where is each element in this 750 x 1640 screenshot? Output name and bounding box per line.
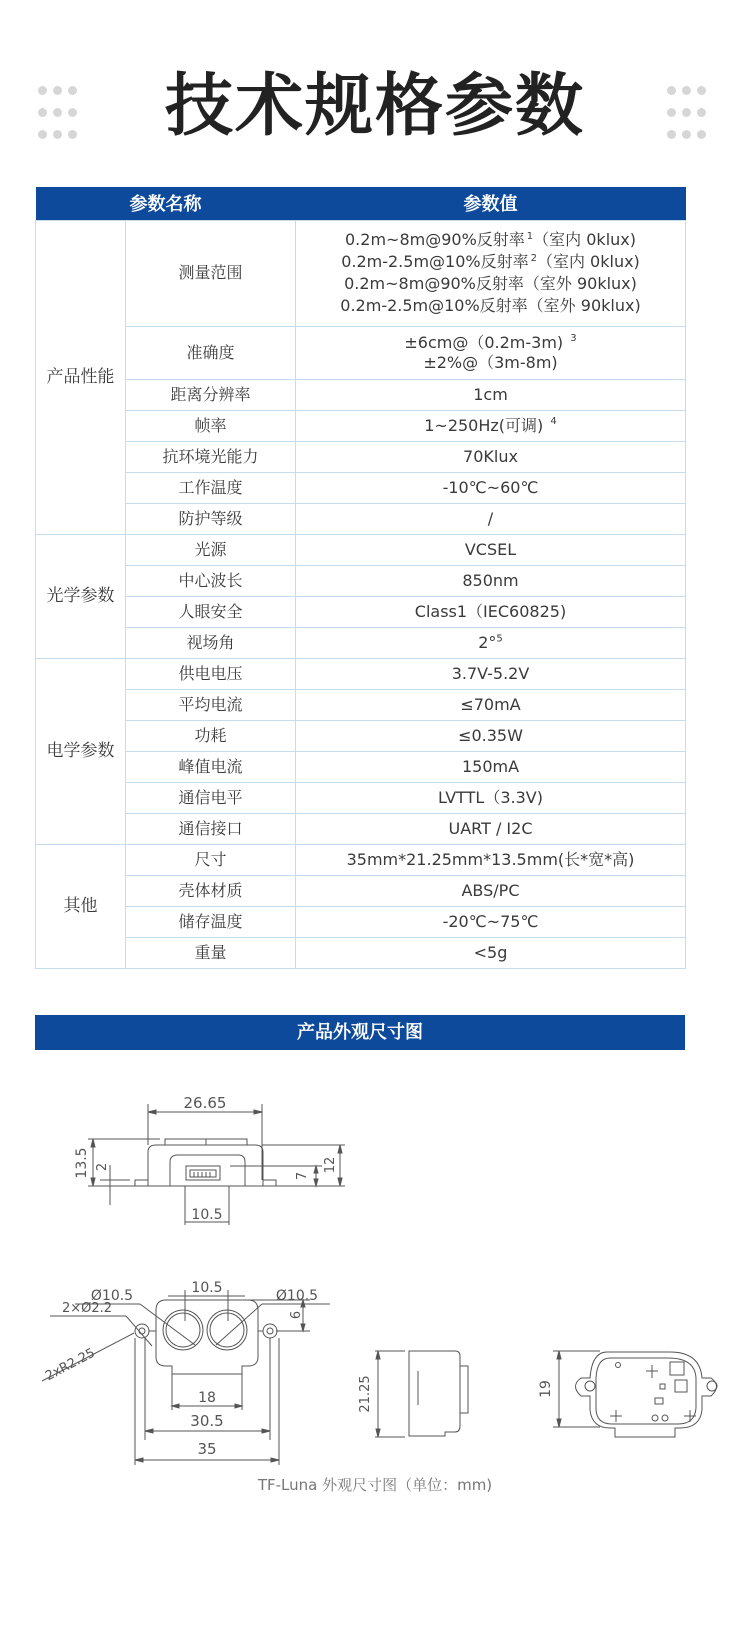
front-view-drawing: 26.65 13.5 2 7 12 10.5	[74, 1094, 345, 1225]
category-cell: 光学参数	[36, 534, 126, 658]
svg-text:26.65: 26.65	[184, 1094, 227, 1112]
param-name: 供电电压	[126, 658, 296, 689]
param-name: 尺寸	[126, 844, 296, 875]
param-value: 0.2m~8m@90%反射率1（室内 0klux) 0.2m-2.5m@10%反…	[296, 220, 686, 326]
param-value: ≤70mA	[296, 689, 686, 720]
svg-text:19: 19	[538, 1380, 554, 1398]
drawing-caption: TF-Luna 外观尺寸图（单位：mm)	[0, 1474, 750, 1495]
table-row: 其他 尺寸 35mm*21.25mm*13.5mm(长*宽*高)	[36, 844, 686, 875]
page-title: 技术规格参数	[0, 62, 750, 152]
svg-text:13.5: 13.5	[74, 1147, 90, 1178]
table-row: 功耗 ≤0.35W	[36, 720, 686, 751]
table-header-row: 参数名称 参数值	[36, 187, 686, 220]
param-value: -10℃~60℃	[296, 472, 686, 503]
param-value: -20℃~75℃	[296, 906, 686, 937]
table-row: 视场角 2°5	[36, 627, 686, 658]
param-name: 壳体材质	[126, 875, 296, 906]
table-row: 工作温度 -10℃~60℃	[36, 472, 686, 503]
param-value: 850nm	[296, 565, 686, 596]
param-value: 3.7V-5.2V	[296, 658, 686, 689]
header-param-value: 参数值	[296, 187, 686, 220]
table-row: 帧率 1~250Hz(可调) 4	[36, 410, 686, 441]
param-value: 1~250Hz(可调) 4	[296, 410, 686, 441]
table-row: 人眼安全 Class1（IEC60825)	[36, 596, 686, 627]
svg-text:Ø10.5: Ø10.5	[276, 1288, 318, 1304]
table-row: 防护等级 /	[36, 503, 686, 534]
param-value: 1cm	[296, 379, 686, 410]
back-view-drawing: 19	[538, 1351, 717, 1437]
param-name: 防护等级	[126, 503, 296, 534]
param-value: 35mm*21.25mm*13.5mm(长*宽*高)	[296, 844, 686, 875]
param-name: 帧率	[126, 410, 296, 441]
param-name: 峰值电流	[126, 751, 296, 782]
section-title-dimension-drawing: 产品外观尺寸图	[35, 1015, 685, 1050]
param-value: <5g	[296, 937, 686, 968]
lens-view-drawing: 10.5 Ø10.5 Ø10.5 2×Ø2.2 2xR2.25 9 18 30.…	[42, 1280, 330, 1465]
table-row: 中心波长 850nm	[36, 565, 686, 596]
svg-text:21.25: 21.25	[358, 1375, 373, 1412]
table-row: 壳体材质 ABS/PC	[36, 875, 686, 906]
svg-text:30.5: 30.5	[190, 1412, 223, 1430]
header-param-name: 参数名称	[36, 187, 296, 220]
param-name: 抗环境光能力	[126, 441, 296, 472]
param-name: 功耗	[126, 720, 296, 751]
table-row: 电学参数 供电电压 3.7V-5.2V	[36, 658, 686, 689]
param-value: 70Klux	[296, 441, 686, 472]
svg-text:2×Ø2.2: 2×Ø2.2	[62, 1301, 112, 1316]
svg-text:9: 9	[286, 1311, 301, 1319]
table-row: 平均电流 ≤70mA	[36, 689, 686, 720]
param-name: 准确度	[126, 326, 296, 379]
table-row: 通信电平 LVTTL（3.3V)	[36, 782, 686, 813]
category-cell: 其他	[36, 844, 126, 968]
table-row: 准确度 ±6cm@（0.2m-3m) 3 ±2%@（3m-8m)	[36, 326, 686, 379]
table-row: 通信接口 UART / I2C	[36, 813, 686, 844]
table-row: 抗环境光能力 70Klux	[36, 441, 686, 472]
param-name: 通信电平	[126, 782, 296, 813]
param-value: 150mA	[296, 751, 686, 782]
param-value: Class1（IEC60825)	[296, 596, 686, 627]
param-name: 通信接口	[126, 813, 296, 844]
param-value: UART / I2C	[296, 813, 686, 844]
param-name: 测量范围	[126, 220, 296, 326]
svg-text:12: 12	[323, 1157, 338, 1174]
param-value: ±6cm@（0.2m-3m) 3 ±2%@（3m-8m)	[296, 326, 686, 379]
param-name: 平均电流	[126, 689, 296, 720]
category-cell: 产品性能	[36, 220, 126, 534]
table-row: 峰值电流 150mA	[36, 751, 686, 782]
svg-text:10.5: 10.5	[191, 1280, 222, 1296]
table-row: 产品性能 测量范围 0.2m~8m@90%反射率1（室内 0klux) 0.2m…	[36, 220, 686, 326]
param-value: ABS/PC	[296, 875, 686, 906]
table-row: 距离分辨率 1cm	[36, 379, 686, 410]
param-name: 人眼安全	[126, 596, 296, 627]
side-view-drawing: 21.25	[358, 1351, 468, 1437]
param-name: 距离分辨率	[126, 379, 296, 410]
svg-text:10.5: 10.5	[191, 1207, 222, 1223]
param-name: 光源	[126, 534, 296, 565]
param-value: /	[296, 503, 686, 534]
param-name: 工作温度	[126, 472, 296, 503]
table-row: 重量 <5g	[36, 937, 686, 968]
spec-table: 参数名称 参数值 产品性能 测量范围 0.2m~8m@90%反射率1（室内 0k…	[35, 187, 686, 969]
svg-text:2xR2.25: 2xR2.25	[43, 1346, 98, 1385]
param-value: LVTTL（3.3V)	[296, 782, 686, 813]
svg-text:18: 18	[198, 1390, 216, 1406]
param-value: 2°5	[296, 627, 686, 658]
param-name: 中心波长	[126, 565, 296, 596]
svg-text:35: 35	[197, 1440, 216, 1458]
svg-text:7: 7	[295, 1172, 310, 1180]
param-name: 储存温度	[126, 906, 296, 937]
param-name: 视场角	[126, 627, 296, 658]
param-value: VCSEL	[296, 534, 686, 565]
param-name: 重量	[126, 937, 296, 968]
category-cell: 电学参数	[36, 658, 126, 844]
table-row: 光学参数 光源 VCSEL	[36, 534, 686, 565]
svg-text:2: 2	[95, 1163, 110, 1171]
dimension-drawing: 26.65 13.5 2 7 12 10.5	[0, 1080, 750, 1500]
param-value: ≤0.35W	[296, 720, 686, 751]
table-row: 储存温度 -20℃~75℃	[36, 906, 686, 937]
